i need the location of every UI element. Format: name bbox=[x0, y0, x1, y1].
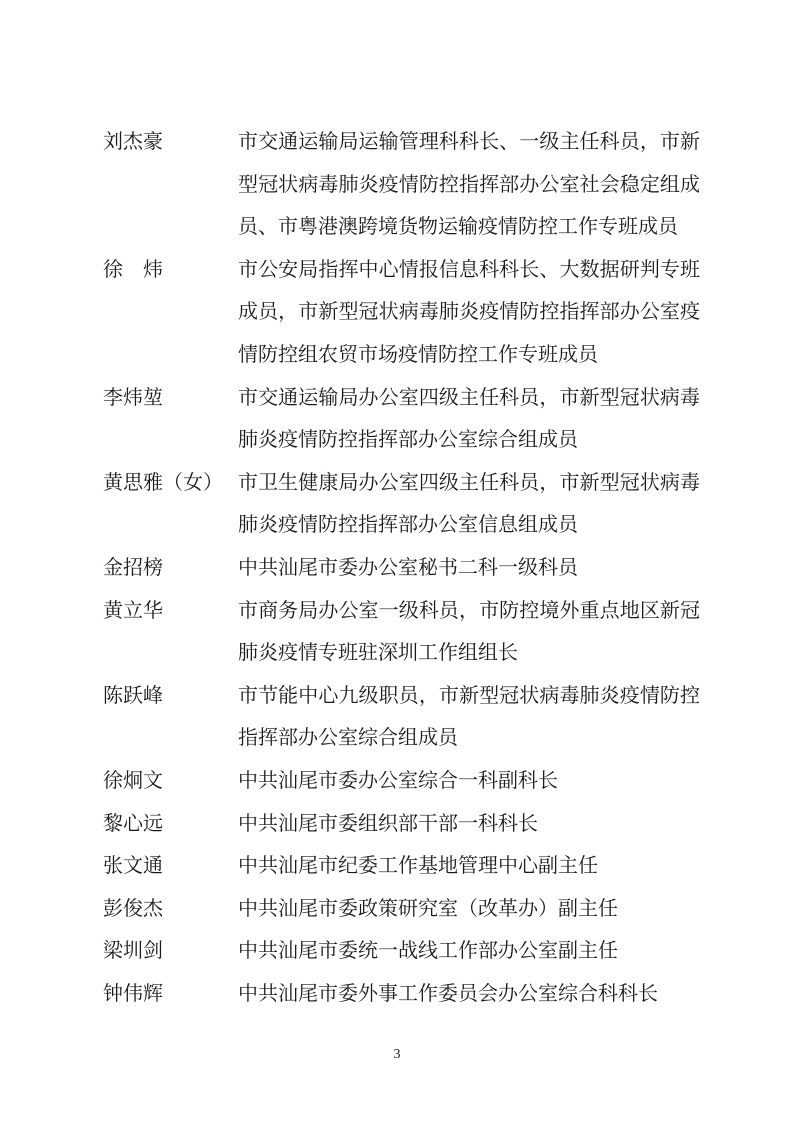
entry-description: 市交通运输局办公室四级主任科员，市新型冠状病毒肺炎疫情防控指挥部办公室综合组成员 bbox=[238, 377, 700, 462]
roster-entry: 钟伟辉 中共汕尾市委外事工作委员会办公室综合科科长 bbox=[103, 973, 700, 1016]
entry-description: 中共汕尾市委统一战线工作部办公室副主任 bbox=[238, 930, 700, 973]
entry-description: 中共汕尾市委办公室综合一科副科长 bbox=[238, 760, 700, 803]
roster: 刘杰豪 市交通运输局运输管理科科长、一级主任科员，市新型冠状病毒肺炎疫情防控指挥… bbox=[103, 121, 700, 1015]
entry-name: 黄立华 bbox=[103, 590, 238, 633]
entry-name: 彭俊杰 bbox=[103, 888, 238, 931]
entry-name: 徐 炜 bbox=[103, 249, 238, 292]
roster-entry: 梁圳剑 中共汕尾市委统一战线工作部办公室副主任 bbox=[103, 930, 700, 973]
page-number: 3 bbox=[0, 1046, 794, 1064]
roster-entry: 徐炯文 中共汕尾市委办公室综合一科副科长 bbox=[103, 760, 700, 803]
entry-name: 黄思雅（女） bbox=[103, 462, 238, 505]
roster-entry: 张文通 中共汕尾市纪委工作基地管理中心副主任 bbox=[103, 845, 700, 888]
roster-entry: 李炜堃 市交通运输局办公室四级主任科员，市新型冠状病毒肺炎疫情防控指挥部办公室综… bbox=[103, 377, 700, 462]
entry-description: 市商务局办公室一级科员，市防控境外重点地区新冠肺炎疫情专班驻深圳工作组组长 bbox=[238, 590, 700, 675]
entry-description: 市交通运输局运输管理科科长、一级主任科员，市新型冠状病毒肺炎疫情防控指挥部办公室… bbox=[238, 121, 700, 249]
roster-entry: 彭俊杰 中共汕尾市委政策研究室（改革办）副主任 bbox=[103, 888, 700, 931]
entry-name: 黎心远 bbox=[103, 803, 238, 846]
document-page: 刘杰豪 市交通运输局运输管理科科长、一级主任科员，市新型冠状病毒肺炎疫情防控指挥… bbox=[0, 0, 794, 1123]
entry-description: 中共汕尾市纪委工作基地管理中心副主任 bbox=[238, 845, 700, 888]
roster-entry: 陈跃峰 市节能中心九级职员，市新型冠状病毒肺炎疫情防控指挥部办公室综合组成员 bbox=[103, 675, 700, 760]
entry-name: 金招榜 bbox=[103, 547, 238, 590]
entry-name: 刘杰豪 bbox=[103, 121, 238, 164]
entry-description: 市卫生健康局办公室四级主任科员，市新型冠状病毒肺炎疫情防控指挥部办公室信息组成员 bbox=[238, 462, 700, 547]
roster-entry: 刘杰豪 市交通运输局运输管理科科长、一级主任科员，市新型冠状病毒肺炎疫情防控指挥… bbox=[103, 121, 700, 249]
roster-entry: 黎心远 中共汕尾市委组织部干部一科科长 bbox=[103, 803, 700, 846]
entry-description: 市节能中心九级职员，市新型冠状病毒肺炎疫情防控指挥部办公室综合组成员 bbox=[238, 675, 700, 760]
entry-description: 中共汕尾市委办公室秘书二科一级科员 bbox=[238, 547, 700, 590]
entry-name: 李炜堃 bbox=[103, 377, 238, 420]
roster-entry: 徐 炜 市公安局指挥中心情报信息科科长、大数据研判专班成员，市新型冠状病毒肺炎疫… bbox=[103, 249, 700, 377]
entry-name: 钟伟辉 bbox=[103, 973, 238, 1016]
roster-entry: 黄立华 市商务局办公室一级科员，市防控境外重点地区新冠肺炎疫情专班驻深圳工作组组… bbox=[103, 590, 700, 675]
entry-description: 中共汕尾市委政策研究室（改革办）副主任 bbox=[238, 888, 700, 931]
entry-name: 陈跃峰 bbox=[103, 675, 238, 718]
entry-description: 中共汕尾市委外事工作委员会办公室综合科科长 bbox=[238, 973, 700, 1016]
entry-name: 徐炯文 bbox=[103, 760, 238, 803]
roster-entry: 金招榜 中共汕尾市委办公室秘书二科一级科员 bbox=[103, 547, 700, 590]
entry-name: 张文通 bbox=[103, 845, 238, 888]
entry-description: 市公安局指挥中心情报信息科科长、大数据研判专班成员，市新型冠状病毒肺炎疫情防控指… bbox=[238, 249, 700, 377]
entry-description: 中共汕尾市委组织部干部一科科长 bbox=[238, 803, 700, 846]
entry-name: 梁圳剑 bbox=[103, 930, 238, 973]
roster-entry: 黄思雅（女） 市卫生健康局办公室四级主任科员，市新型冠状病毒肺炎疫情防控指挥部办… bbox=[103, 462, 700, 547]
